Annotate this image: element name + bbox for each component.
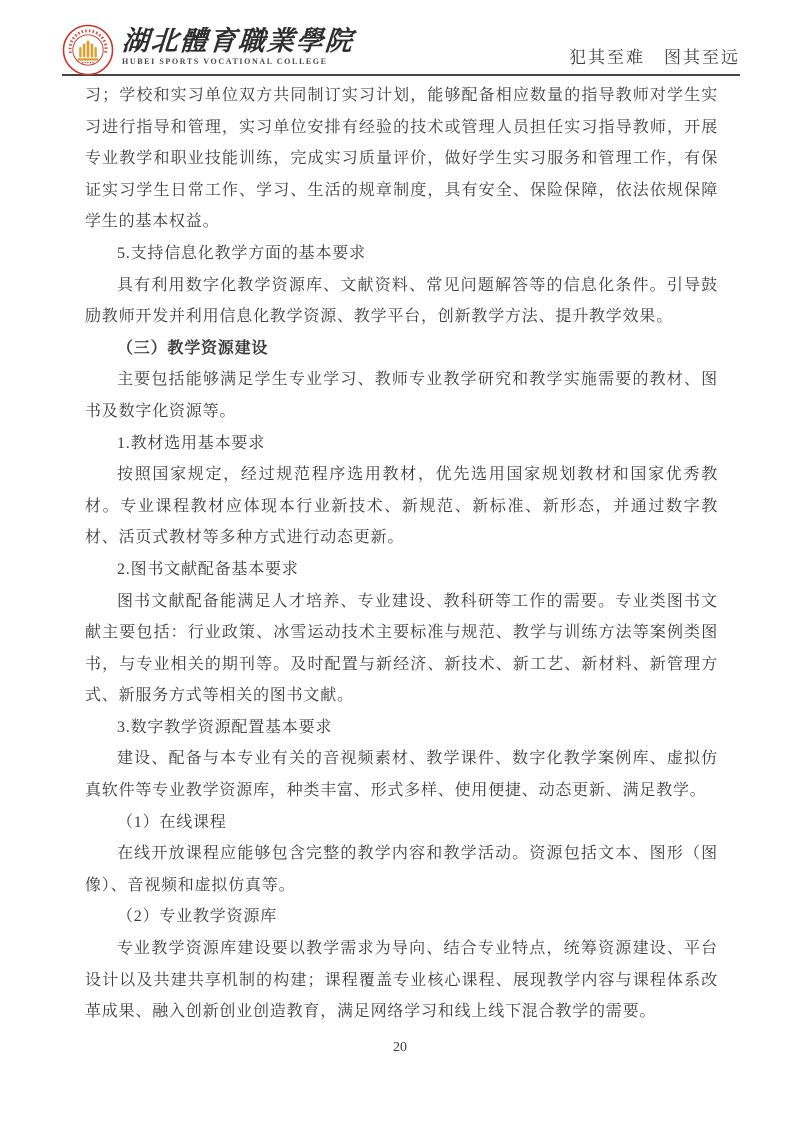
paragraph: 具有利用数字化教学资源库、文献资料、常见问题解答等的信息化条件。引导鼓励教师开发… [85,270,718,333]
section-heading: （1）在线课程 [85,807,718,839]
paragraph: 在线开放课程应能够包含完整的教学内容和教学活动。资源包括文本、图形（图像）、音视… [85,838,718,901]
paragraph: 专业教学资源库建设要以教学需求为导向、结合专业特点，统筹资源建设、平台设计以及共… [85,933,718,1028]
college-name-en: HUBEI SPORTS VOCATIONAL COLLEGE [122,57,354,66]
section-heading: 1.教材选用基本要求 [85,428,718,460]
section-heading: 5.支持信息化教学方面的基本要求 [85,238,718,270]
section-heading: 3.数字教学资源配置基本要求 [85,712,718,744]
paragraph: 建设、配备与本专业有关的音视频素材、教学课件、数字化教学案例库、虚拟仿真软件等专… [85,743,718,806]
paragraph: 主要包括能够满足学生专业学习、教师专业教学研究和教学实施需要的教材、图书及数字化… [85,364,718,427]
paragraph: 图书文献配备能满足人才培养、专业建设、教科研等工作的需要。专业类图书文献主要包括… [85,586,718,712]
section-heading: （2）专业教学资源库 [85,901,718,933]
section-heading: 2.图书文献配备基本要求 [85,554,718,586]
college-name-zh: 湖北體育職業學院 [121,26,355,56]
page-number: 20 [0,1040,800,1056]
college-motto: 犯其至难 图其至远 [569,43,740,68]
document-page: 湖北體育職業學院 HUBEI SPORTS VOCATIONAL COLLEGE… [0,0,800,1131]
paragraph: 按照国家规定，经过规范程序选用教材，优先选用国家规划教材和国家优秀教材。专业课程… [85,459,718,554]
paragraph: 习；学校和实习单位双方共同制订实习计划，能够配备相应数量的指导教师对学生实习进行… [85,80,718,238]
college-logo-icon [62,24,114,76]
page-header: 湖北體育職業學院 HUBEI SPORTS VOCATIONAL COLLEGE… [62,26,740,76]
document-body: 习；学校和实习单位双方共同制订实习计划，能够配备相应数量的指导教师对学生实习进行… [85,80,718,1028]
college-title-block: 湖北體育職業學院 HUBEI SPORTS VOCATIONAL COLLEGE [122,26,354,66]
section-heading: （三）教学资源建设 [85,333,718,365]
